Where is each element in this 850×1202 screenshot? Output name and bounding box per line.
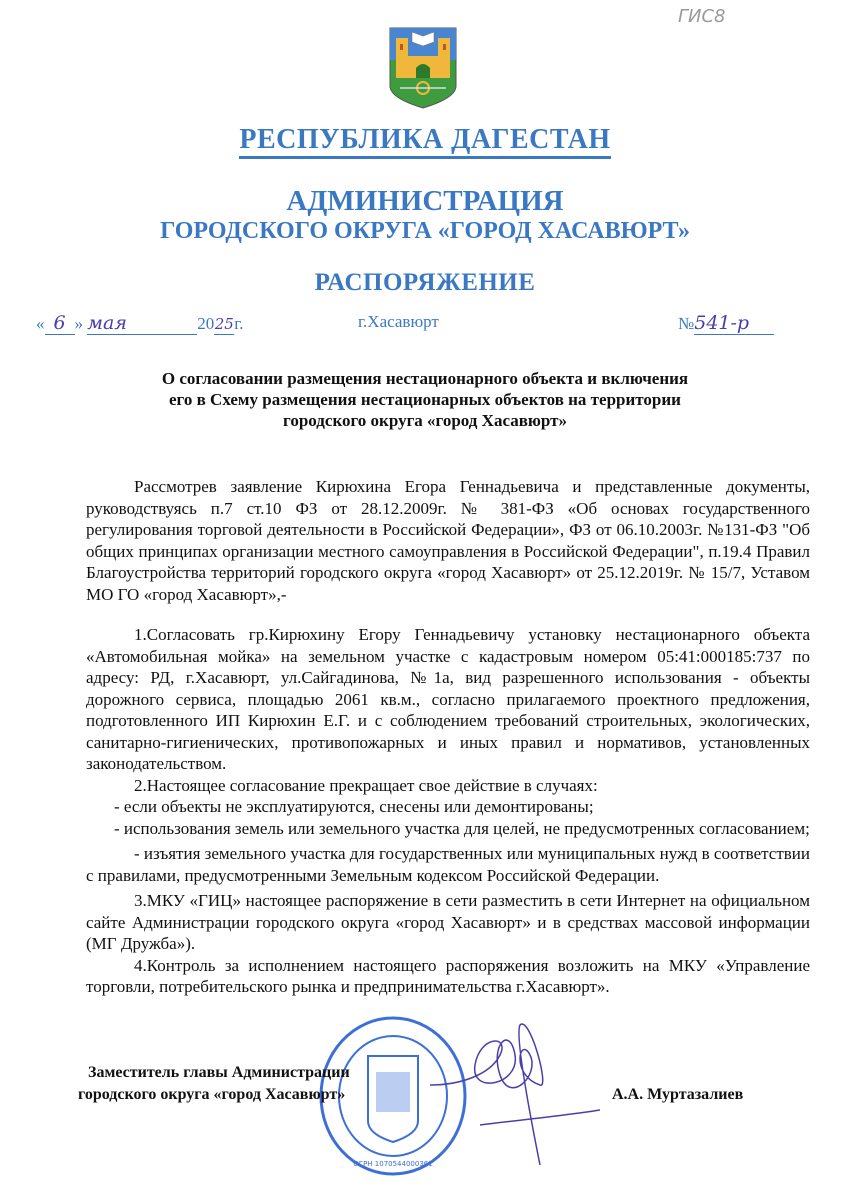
item-4: 4.Контроль за исполнением настоящего рас… <box>86 955 810 998</box>
signatory-name: А.А. Муртазалиев <box>612 1084 743 1106</box>
item-1: 1.Согласовать гр.Кирюхину Егору Геннадье… <box>86 624 810 775</box>
item-2-case-3: - изъятия земельного участка для государ… <box>86 843 810 886</box>
header-administration-city: ГОРОДСКОГО ОКРУГА «ГОРОД ХАСАВЮРТ» <box>0 218 850 245</box>
document-number: №541-р <box>678 312 774 335</box>
preamble: Рассмотрев заявление Кирюхина Егора Генн… <box>86 476 810 605</box>
order-items: 1.Согласовать гр.Кирюхину Егору Геннадье… <box>86 624 810 998</box>
item-2-case-2: - использования земель или земельного уч… <box>86 818 810 840</box>
document-number-value: 541-р <box>694 312 749 334</box>
handwritten-corner-mark: ГИС8 <box>678 6 726 27</box>
item-2-case-1: - если объекты не эксплуатируются, снесе… <box>86 796 810 818</box>
header-administration: АДМИНИСТРАЦИЯ <box>0 185 850 218</box>
date-month: мая <box>87 312 127 334</box>
item-3: 3.МКУ «ГИЦ» настоящее распоряжение в сет… <box>86 890 810 955</box>
date-year: 25 <box>215 315 234 333</box>
order-subject: О согласовании размещения нестационарног… <box>120 368 730 431</box>
date-field: «6» мая2025г. <box>36 312 244 335</box>
handwritten-signature-icon <box>420 1015 620 1175</box>
date-day: 6 <box>53 312 65 334</box>
signatory-position: Заместитель главы Администрации городско… <box>88 1062 350 1106</box>
item-2: 2.Настоящее согласование прекращает свое… <box>86 775 810 797</box>
document-type-title: РАСПОРЯЖЕНИЕ <box>0 269 850 297</box>
city-label: г.Хасавюрт <box>358 312 439 332</box>
header-republic: РЕСПУБЛИКА ДАГЕСТАН <box>0 124 850 156</box>
coat-of-arms-icon <box>388 26 458 110</box>
